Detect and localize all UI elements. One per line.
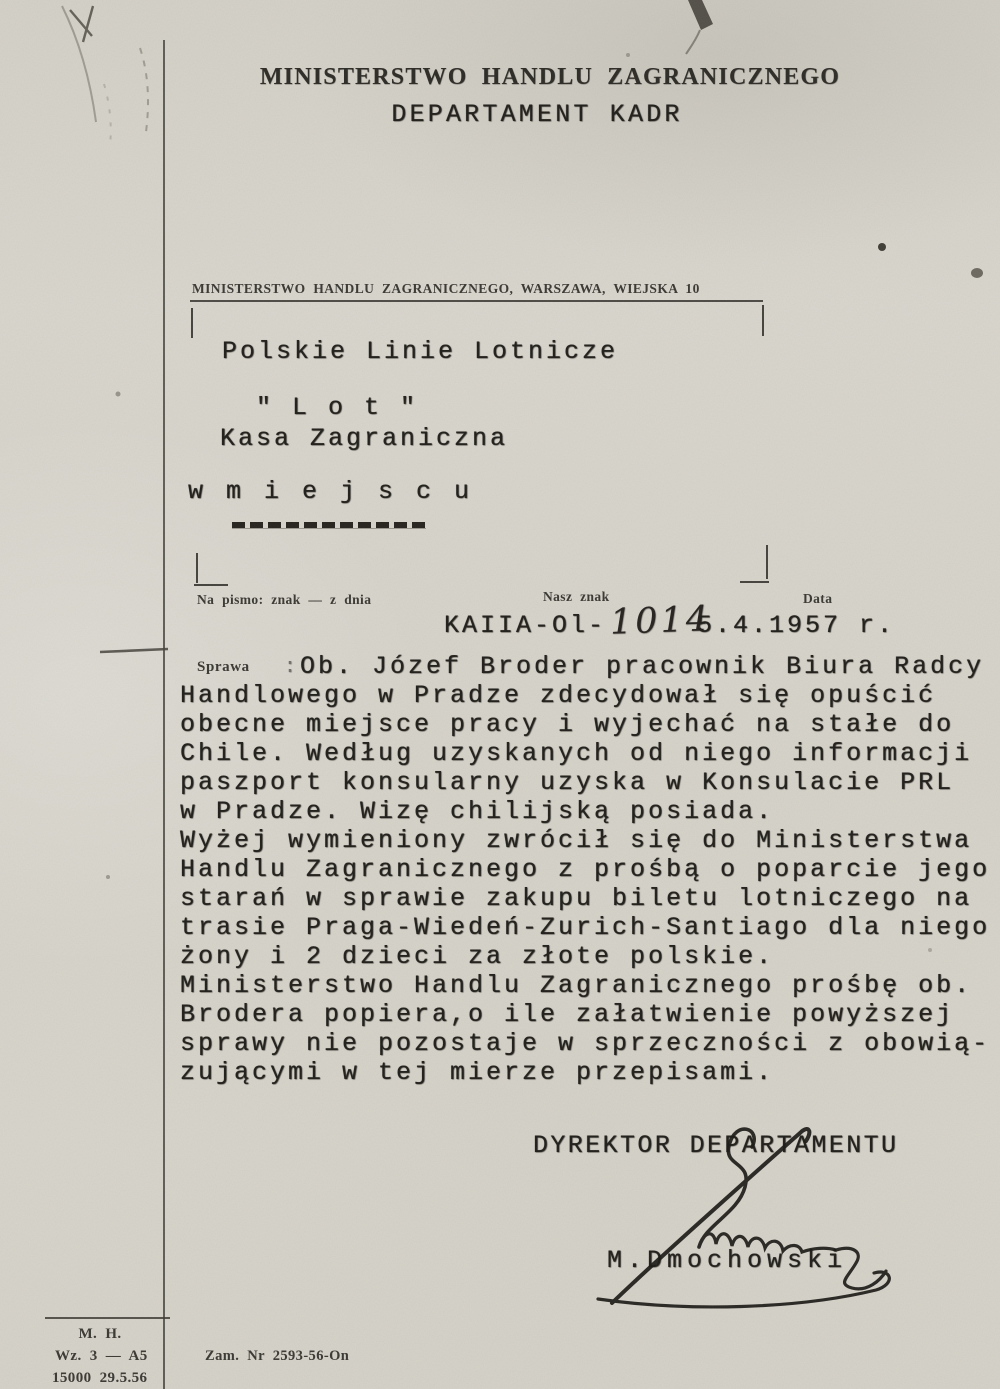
reference-date-value: 5.4.1957 r. [697, 611, 895, 640]
footer-separator-line [45, 1317, 170, 1319]
corner-mark-bottom-left-v [196, 553, 198, 583]
recipient-name: Polskie Linie Lotnicze [222, 337, 618, 366]
corner-mark-top-left [191, 308, 193, 338]
corner-mark-top-right [762, 305, 764, 336]
corner-mark-bottom-right-v [766, 545, 768, 579]
body-line: Brodera popiera,o ile załatwienie powyżs… [180, 1000, 1000, 1029]
footer-order-number: Zam. Nr 2593-56-On [205, 1348, 349, 1365]
signatory-title: DYREKTOR DEPARTAMENTU [533, 1131, 898, 1160]
body-line: paszport konsularny uzyska w Konsulacie … [180, 768, 1000, 797]
body-line: sprawy nie pozostaje w sprzeczności z ob… [180, 1029, 1000, 1058]
body-line: trasie Praga-Wiedeń-Zurich-Santiago dla … [180, 913, 1000, 942]
reference-our-ref-label: Nasz znak [543, 589, 609, 605]
body-line: Ministerstwo Handlu Zagranicznego prośbę… [180, 971, 1000, 1000]
body-line: obecne miejsce pracy i wyjechać na stałe… [180, 710, 1000, 739]
letterhead-ministry: MINISTERSTWO HANDLU ZAGRANICZNEGO [260, 64, 840, 91]
recipient-locality: w m i e j s c u [188, 477, 473, 506]
sender-address-line: MINISTERSTWO HANDLU ZAGRANICZNEGO, WARSZ… [192, 281, 700, 297]
signatory-name: M.Dmochowski [607, 1246, 847, 1275]
reference-date-label: Data [803, 591, 832, 607]
recipient-unit: Kasa Zagraniczna [220, 424, 508, 453]
body-line: Ob. Józef Broder pracownik Biura Radcy [180, 652, 1000, 681]
footer-org: M. H. [78, 1326, 121, 1343]
left-margin-rule [163, 40, 165, 1389]
body-line: Handlowego w Pradze zdecydował się opuśc… [180, 681, 1000, 710]
letter-body: Ob. Józef Broder pracownik Biura Radcy H… [180, 652, 1000, 1087]
recipient-dashed-underline [232, 522, 426, 528]
corner-mark-bottom-left-h [194, 584, 228, 586]
corner-mark-bottom-right-h [740, 581, 769, 583]
body-line: Chile. Według uzyskanych od niego inform… [180, 739, 1000, 768]
reference-reply-label: Na pismo: znak — z dnia [197, 592, 371, 608]
body-line: Handlu Zagranicznego z prośbą o poparcie… [180, 855, 1000, 884]
sender-address-underline [190, 300, 763, 302]
reference-number-typed: KAIIA-Ol- [444, 611, 606, 640]
recipient-brand: " L o t " [256, 393, 418, 422]
body-line: w Pradze. Wizę chilijską posiada. [180, 797, 1000, 826]
footer-form-code: Wz. 3 — A5 [55, 1348, 148, 1365]
scanned-letter-page: MINISTERSTWO HANDLU ZAGRANICZNEGO DEPART… [0, 0, 1000, 1389]
letterhead-department: DEPARTAMENT KADR [391, 100, 682, 129]
body-line: żony i 2 dzieci za złote polskie. [180, 942, 1000, 971]
body-line: zującymi w tej mierze przepisami. [180, 1058, 1000, 1087]
body-line: Wyżej wymieniony zwrócił się do Minister… [180, 826, 1000, 855]
body-line: starań w sprawie zakupu biletu lotniczeg… [180, 884, 1000, 913]
footer-print-run: 15000 29.5.56 [52, 1370, 147, 1387]
